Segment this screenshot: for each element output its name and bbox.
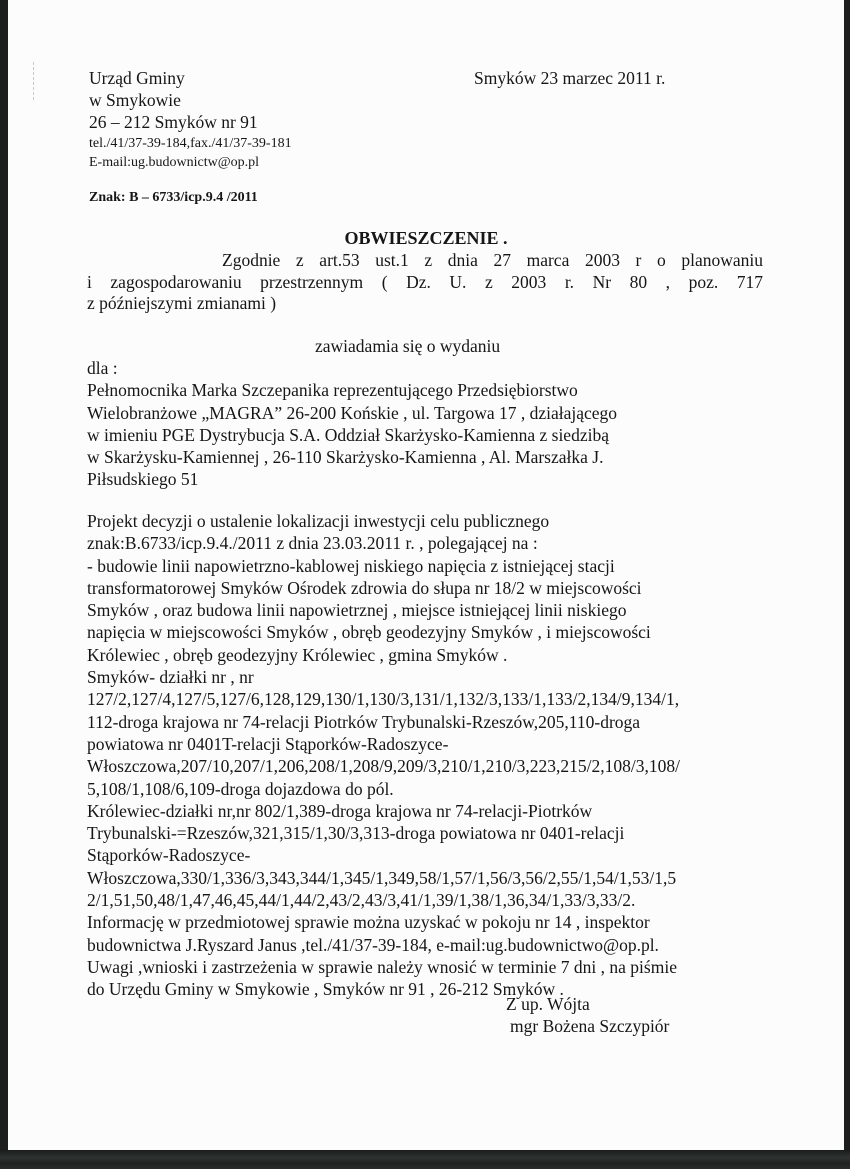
document-title: OBWIESZCZENIE . xyxy=(8,228,844,249)
body-line: Włoszczowa,207/10,207/1,206,208/1,208/9,… xyxy=(87,755,680,777)
body-line: 127/2,127/4,127/5,127/6,128,129,130/1,13… xyxy=(87,688,680,710)
body-line: transformatorowej Smyków Ośrodek zdrowia… xyxy=(87,577,680,599)
body-line: Stąporków-Radoszyce- xyxy=(87,844,680,866)
recipient-label: dla : xyxy=(87,357,617,379)
scanned-page: Urząd Gminy w Smykowie 26 – 212 Smyków n… xyxy=(8,0,844,1152)
sender-phone-fax: tel./41/37-39-184,fax./41/37-39-181 xyxy=(89,134,292,154)
recipient-block: dla : Pełnomocnika Marka Szczepanika rep… xyxy=(87,357,617,491)
sender-email: E-mail:ug.budownictw@op.pl xyxy=(89,153,259,173)
body-line: znak:B.6733/icp.9.4./2011 z dnia 23.03.2… xyxy=(87,532,680,554)
body-line: budownictwa J.Ryszard Janus ,tel./41/37-… xyxy=(87,934,680,956)
signature-name: mgr Bożena Szczypiór xyxy=(510,1016,669,1037)
notice-heading: zawiadamia się o wydaniu xyxy=(315,336,500,357)
sender-address: 26 – 212 Smyków nr 91 xyxy=(89,112,258,133)
sender-office: Urząd Gminy xyxy=(89,68,185,89)
reference-number: Znak: B – 6733/icp.9.4 /2011 xyxy=(89,188,258,208)
body-line: 112-droga krajowa nr 74-relacji Piotrków… xyxy=(87,711,680,733)
body-line: Projekt decyzji o ustalenie lokalizacji … xyxy=(87,510,680,532)
legal-basis-line-1: Zgodnie z art.53 ust.1 z dnia 27 marca 2… xyxy=(87,249,763,271)
body-line: 5,108/1,108/6,109-droga dojazdowa do pól… xyxy=(87,778,680,800)
body-line: Włoszczowa,330/1,336/3,343,344/1,345/1,3… xyxy=(87,867,680,889)
recipient-line: Piłsudskiego 51 xyxy=(87,468,617,490)
decision-body: Projekt decyzji o ustalenie lokalizacji … xyxy=(87,510,680,1001)
body-line: Uwagi ,wnioski i zastrzeżenia w sprawie … xyxy=(87,956,680,978)
recipient-line: w imieniu PGE Dystrybucja S.A. Oddział S… xyxy=(87,424,617,446)
recipient-line: Pełnomocnika Marka Szczepanika reprezent… xyxy=(87,379,617,401)
scan-margin-mark xyxy=(33,62,36,100)
body-line: Królewiec-działki nr,nr 802/1,389-droga … xyxy=(87,800,680,822)
body-line: Smyków- działki nr , nr xyxy=(87,666,680,688)
body-line: 2/1,51,50,48/1,47,46,45,44/1,44/2,43/2,4… xyxy=(87,889,680,911)
recipient-line: Wielobranżowe „MAGRA” 26-200 Końskie , u… xyxy=(87,402,617,424)
body-line: do Urzędu Gminy w Smykowie , Smyków nr 9… xyxy=(87,978,680,1000)
body-line: napięcia w miejscowości Smyków , obręb g… xyxy=(87,621,680,643)
body-line: Trybunalski-=Rzeszów,321,315/1,30/3,313-… xyxy=(87,822,680,844)
body-line: Informację w przedmiotowej sprawie można… xyxy=(87,911,680,933)
body-line: - budowie linii napowietrzno-kablowej ni… xyxy=(87,555,680,577)
scan-bottom-edge xyxy=(0,1150,850,1169)
legal-basis-line-2: i zagospodarowaniu przestrzennym ( Dz. U… xyxy=(87,271,763,293)
sender-locality: w Smykowie xyxy=(89,90,181,111)
body-line: Smyków , oraz budowa linii napowietrznej… xyxy=(87,599,680,621)
signature-authority: Z up. Wójta xyxy=(506,994,590,1015)
recipient-line: w Skarżysku-Kamiennej , 26-110 Skarżysko… xyxy=(87,446,617,468)
place-date: Smyków 23 marzec 2011 r. xyxy=(474,68,665,89)
body-line: powiatowa nr 0401T-relacji Stąporków-Rad… xyxy=(87,733,680,755)
body-line: Królewiec , obręb geodezyjny Królewiec ,… xyxy=(87,644,680,666)
legal-basis-line-3: z późniejszymi zmianami ) xyxy=(87,293,276,314)
